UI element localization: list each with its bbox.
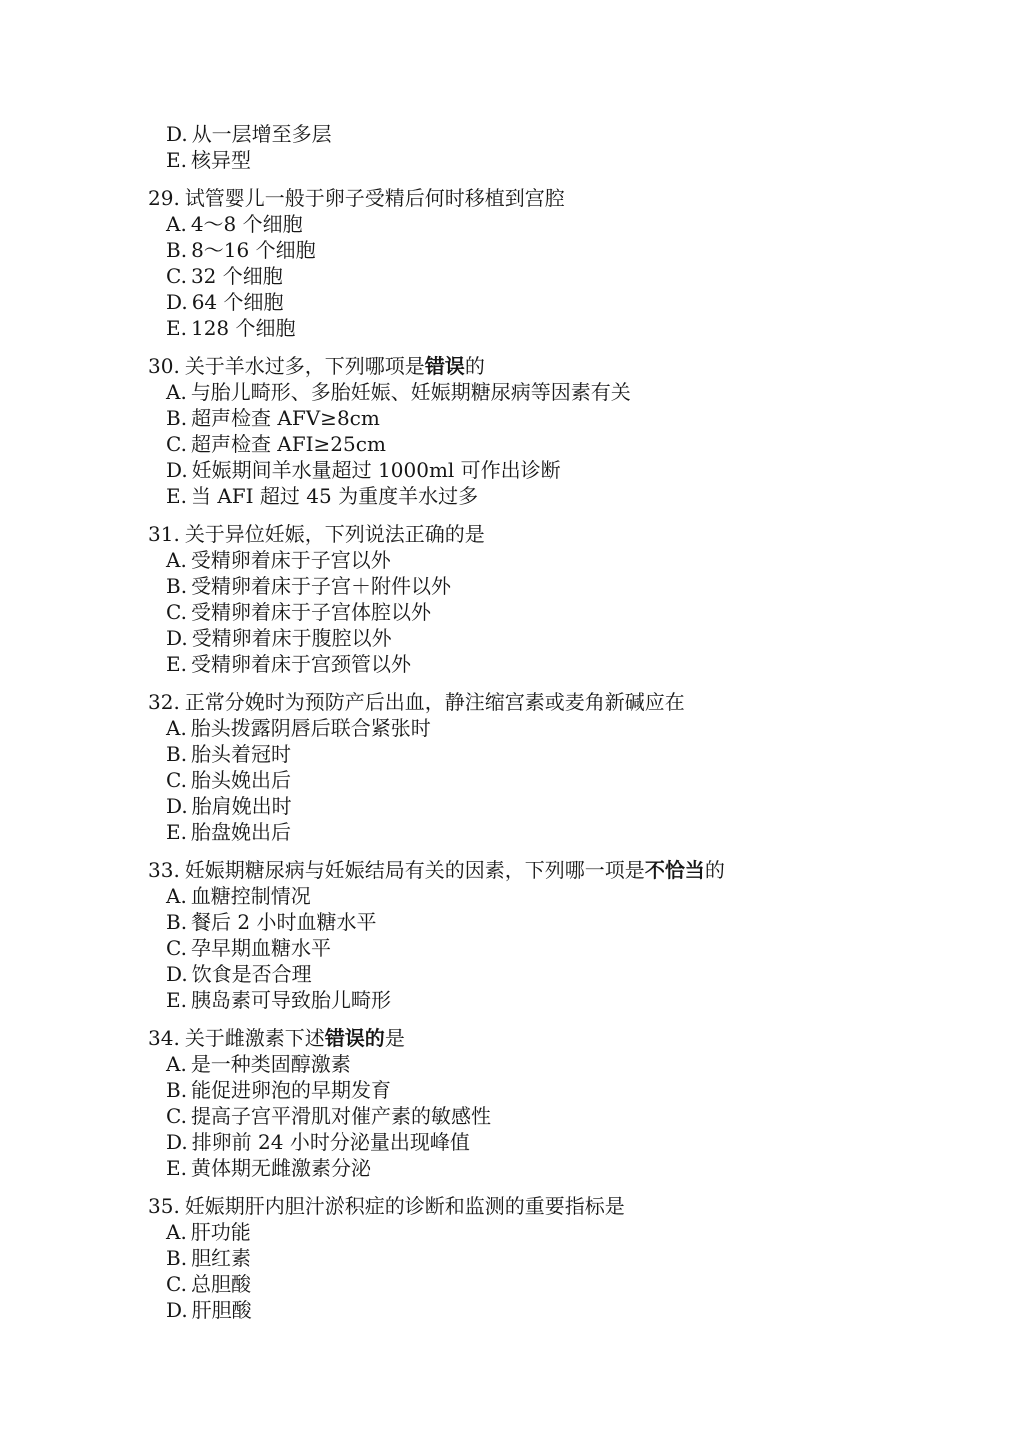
option-text: 妊娠期间羊水量超过 1000ml 可作出诊断 <box>192 458 561 482</box>
question-stem: 35.妊娠期肝内胆汁淤积症的诊断和监测的重要指标是 <box>0 1193 1023 1219</box>
option-text: 肝胆酸 <box>192 1298 252 1322</box>
question-stem: 31.关于异位妊娠，下列说法正确的是 <box>0 521 1023 547</box>
option-label: D. <box>166 290 192 314</box>
option-label: C. <box>166 768 191 792</box>
question-stem-text: 关于羊水过多，下列哪项是 <box>185 354 425 378</box>
option-text: 当 AFI 超过 45 为重度羊水过多 <box>191 484 478 508</box>
option-row: C.胎头娩出后 <box>0 767 1023 793</box>
option-text: 血糖控制情况 <box>191 884 311 908</box>
question-stem-text-after: 是 <box>385 1026 405 1050</box>
option-label: B. <box>166 910 191 934</box>
option-row: A.4～8 个细胞 <box>0 211 1023 237</box>
option-text: 受精卵着床于子宫以外 <box>191 548 391 572</box>
option-label: A. <box>166 380 191 404</box>
option-text: 4～8 个细胞 <box>191 212 303 236</box>
option-row: B.餐后 2 小时血糖水平 <box>0 909 1023 935</box>
option-label: E. <box>166 652 191 676</box>
option-text: 胆红素 <box>191 1246 251 1270</box>
option-text: 受精卵着床于腹腔以外 <box>192 626 392 650</box>
option-row: C.孕早期血糖水平 <box>0 935 1023 961</box>
question-30: 30.关于羊水过多，下列哪项是错误的 A.与胎儿畸形、多胎妊娠、妊娠期糖尿病等因… <box>0 353 1023 509</box>
question-stem-bold-text: 不恰当 <box>645 858 705 882</box>
option-text: 超声检查 AFI≥25cm <box>191 432 386 456</box>
question-32: 32.正常分娩时为预防产后出血，静注缩宫素或麦角新碱应在 A.胎头拨露阴唇后联合… <box>0 689 1023 845</box>
option-row: E.当 AFI 超过 45 为重度羊水过多 <box>0 483 1023 509</box>
option-label: D. <box>166 458 192 482</box>
question-stem: 34.关于雌激素下述错误的是 <box>0 1025 1023 1051</box>
option-text: 胰岛素可导致胎儿畸形 <box>191 988 391 1012</box>
option-row: A.肝功能 <box>0 1219 1023 1245</box>
option-text: 是一种类固醇激素 <box>191 1052 351 1076</box>
option-row: C.32 个细胞 <box>0 263 1023 289</box>
option-text: 胎肩娩出时 <box>192 794 292 818</box>
question-stem-text: 关于雌激素下述 <box>185 1026 325 1050</box>
option-label: A. <box>166 716 191 740</box>
option-label: B. <box>166 1078 191 1102</box>
option-row: D.排卵前 24 小时分泌量出现峰值 <box>0 1129 1023 1155</box>
question-number: 35. <box>148 1194 185 1218</box>
option-label: D. <box>166 122 192 146</box>
question-stem-text: 正常分娩时为预防产后出血，静注缩宫素或麦角新碱应在 <box>185 690 685 714</box>
option-text: 肝功能 <box>191 1220 251 1244</box>
option-text: 孕早期血糖水平 <box>191 936 331 960</box>
option-row: B.胎头着冠时 <box>0 741 1023 767</box>
option-label: A. <box>166 548 191 572</box>
option-row: E.核异型 <box>0 147 1023 173</box>
question-stem-bold-text: 错误的 <box>325 1026 385 1050</box>
option-label: D. <box>166 962 192 986</box>
option-text: 受精卵着床于子宫体腔以外 <box>191 600 431 624</box>
option-row: E.胰岛素可导致胎儿畸形 <box>0 987 1023 1013</box>
option-row: D.受精卵着床于腹腔以外 <box>0 625 1023 651</box>
option-label: C. <box>166 1104 191 1128</box>
option-row: D.饮食是否合理 <box>0 961 1023 987</box>
question-stem-text: 关于异位妊娠，下列说法正确的是 <box>185 522 485 546</box>
option-label: C. <box>166 600 191 624</box>
option-label: C. <box>166 936 191 960</box>
option-label: A. <box>166 1220 191 1244</box>
option-label: B. <box>166 1246 191 1270</box>
option-label: B. <box>166 574 191 598</box>
option-label: A. <box>166 1052 191 1076</box>
option-text: 胎盘娩出后 <box>191 820 291 844</box>
question-35: 35.妊娠期肝内胆汁淤积症的诊断和监测的重要指标是 A.肝功能 B.胆红素 C.… <box>0 1193 1023 1323</box>
option-text: 与胎儿畸形、多胎妊娠、妊娠期糖尿病等因素有关 <box>191 380 631 404</box>
question-29: 29.试管婴儿一般于卵子受精后何时移植到宫腔 A.4～8 个细胞 B.8～16 … <box>0 185 1023 341</box>
option-text: 核异型 <box>191 148 251 172</box>
option-text: 超声检查 AFV≥8cm <box>191 406 380 430</box>
option-text: 32 个细胞 <box>191 264 283 288</box>
option-text: 8～16 个细胞 <box>191 238 316 262</box>
option-label: B. <box>166 406 191 430</box>
option-label: E. <box>166 316 191 340</box>
option-label: A. <box>166 212 191 236</box>
option-row: B.超声检查 AFV≥8cm <box>0 405 1023 431</box>
option-row: C.超声检查 AFI≥25cm <box>0 431 1023 457</box>
option-label: D. <box>166 626 192 650</box>
option-label: C. <box>166 432 191 456</box>
option-row: C.总胆酸 <box>0 1271 1023 1297</box>
option-label: C. <box>166 264 191 288</box>
option-row: C.提高子宫平滑肌对催产素的敏感性 <box>0 1103 1023 1129</box>
question-number: 29. <box>148 186 185 210</box>
option-row: B.受精卵着床于子宫＋附件以外 <box>0 573 1023 599</box>
option-text: 胎头拨露阴唇后联合紧张时 <box>191 716 431 740</box>
question-stem: 33.妊娠期糖尿病与妊娠结局有关的因素，下列哪一项是不恰当的 <box>0 857 1023 883</box>
option-row: D.从一层增至多层 <box>0 121 1023 147</box>
option-row: A.血糖控制情况 <box>0 883 1023 909</box>
option-row: D.妊娠期间羊水量超过 1000ml 可作出诊断 <box>0 457 1023 483</box>
question-number: 31. <box>148 522 185 546</box>
exam-page: D.从一层增至多层 E.核异型 29.试管婴儿一般于卵子受精后何时移植到宫腔 A… <box>0 0 1023 1447</box>
option-label: E. <box>166 148 191 172</box>
question-33: 33.妊娠期糖尿病与妊娠结局有关的因素，下列哪一项是不恰当的 A.血糖控制情况 … <box>0 857 1023 1013</box>
option-row: A.是一种类固醇激素 <box>0 1051 1023 1077</box>
question-stem-text: 妊娠期肝内胆汁淤积症的诊断和监测的重要指标是 <box>185 1194 625 1218</box>
option-row: B.能促进卵泡的早期发育 <box>0 1077 1023 1103</box>
option-label: E. <box>166 484 191 508</box>
option-row: D.胎肩娩出时 <box>0 793 1023 819</box>
option-row: A.胎头拨露阴唇后联合紧张时 <box>0 715 1023 741</box>
option-label: E. <box>166 820 191 844</box>
option-label: D. <box>166 1130 192 1154</box>
option-row: D.肝胆酸 <box>0 1297 1023 1323</box>
option-row: E.128 个细胞 <box>0 315 1023 341</box>
option-text: 胎头娩出后 <box>191 768 291 792</box>
question-stem-text-after: 的 <box>705 858 725 882</box>
option-label: D. <box>166 794 192 818</box>
option-text: 能促进卵泡的早期发育 <box>191 1078 391 1102</box>
option-label: E. <box>166 1156 191 1180</box>
option-label: C. <box>166 1272 191 1296</box>
option-text: 黄体期无雌激素分泌 <box>191 1156 371 1180</box>
option-row: B.胆红素 <box>0 1245 1023 1271</box>
option-label: A. <box>166 884 191 908</box>
option-text: 128 个细胞 <box>191 316 296 340</box>
option-label: E. <box>166 988 191 1012</box>
question-34: 34.关于雌激素下述错误的是 A.是一种类固醇激素 B.能促进卵泡的早期发育 C… <box>0 1025 1023 1181</box>
option-row: E.胎盘娩出后 <box>0 819 1023 845</box>
option-text: 饮食是否合理 <box>192 962 312 986</box>
option-text: 餐后 2 小时血糖水平 <box>191 910 376 934</box>
option-label: B. <box>166 742 191 766</box>
question-number: 33. <box>148 858 185 882</box>
option-row: C.受精卵着床于子宫体腔以外 <box>0 599 1023 625</box>
option-text: 受精卵着床于宫颈管以外 <box>191 652 411 676</box>
question-number: 30. <box>148 354 185 378</box>
option-row: D.64 个细胞 <box>0 289 1023 315</box>
option-text: 胎头着冠时 <box>191 742 291 766</box>
question-stem: 29.试管婴儿一般于卵子受精后何时移植到宫腔 <box>0 185 1023 211</box>
question-stem-text: 试管婴儿一般于卵子受精后何时移植到宫腔 <box>185 186 565 210</box>
question-31: 31.关于异位妊娠，下列说法正确的是 A.受精卵着床于子宫以外 B.受精卵着床于… <box>0 521 1023 677</box>
question-stem-text-after: 的 <box>465 354 485 378</box>
question-number: 34. <box>148 1026 185 1050</box>
option-text: 总胆酸 <box>191 1272 251 1296</box>
option-row: B.8～16 个细胞 <box>0 237 1023 263</box>
option-row: A.受精卵着床于子宫以外 <box>0 547 1023 573</box>
option-row: E.受精卵着床于宫颈管以外 <box>0 651 1023 677</box>
question-stem-text: 妊娠期糖尿病与妊娠结局有关的因素，下列哪一项是 <box>185 858 645 882</box>
option-text: 受精卵着床于子宫＋附件以外 <box>191 574 451 598</box>
question-stem-bold-text: 错误 <box>425 354 465 378</box>
option-label: B. <box>166 238 191 262</box>
option-label: D. <box>166 1298 192 1322</box>
question-28-continuation: D.从一层增至多层 E.核异型 <box>0 121 1023 173</box>
option-text: 64 个细胞 <box>192 290 284 314</box>
option-row: A.与胎儿畸形、多胎妊娠、妊娠期糖尿病等因素有关 <box>0 379 1023 405</box>
option-text: 排卵前 24 小时分泌量出现峰值 <box>192 1130 470 1154</box>
option-text: 提高子宫平滑肌对催产素的敏感性 <box>191 1104 491 1128</box>
question-stem: 30.关于羊水过多，下列哪项是错误的 <box>0 353 1023 379</box>
option-row: E.黄体期无雌激素分泌 <box>0 1155 1023 1181</box>
question-stem: 32.正常分娩时为预防产后出血，静注缩宫素或麦角新碱应在 <box>0 689 1023 715</box>
option-text: 从一层增至多层 <box>192 122 332 146</box>
question-number: 32. <box>148 690 185 714</box>
